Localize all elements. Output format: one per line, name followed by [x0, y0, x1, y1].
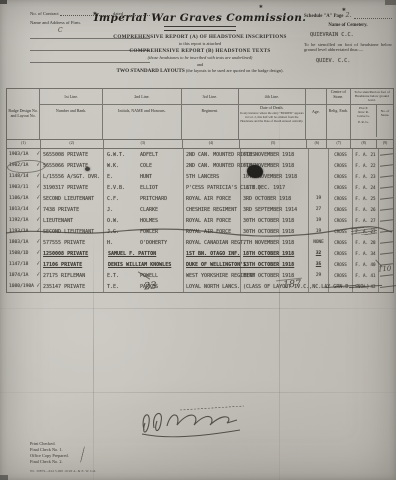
religious-emblem: CROSS: [329, 240, 352, 245]
stencil-top-label: To be stencilled on foot of Headstone be…: [351, 89, 393, 105]
grave-reference-cell: F. A. 25: [353, 193, 379, 204]
name-cell: G.W.T. ADFELT: [104, 149, 184, 160]
date-of-death: 3RD SEPTEMBER 1914: [243, 207, 297, 213]
grave-reference-cell: F. A. 34: [353, 248, 379, 259]
age-value: 19: [309, 218, 328, 223]
date-of-death: 6TH NOVEMBER 1918: [243, 152, 294, 158]
col-header-line2: 2nd Line. Initials, NAME and Honours.: [102, 89, 181, 139]
regiment-cell: WEST YORKSHIRE REGIMENT: [184, 270, 241, 281]
stone-pencil-mark: [380, 252, 393, 255]
grave-reference: F. A. 41: [353, 273, 378, 278]
initials: E.V.B.: [107, 185, 125, 191]
headstone-schedule-table: Badge Design No. and Layout No. 1st Line…: [6, 88, 394, 293]
date-of-death-cell: 3RD OCTOBER 1918: [241, 193, 309, 204]
corner-artifact: [0, 475, 8, 480]
age-cell: 35: [309, 259, 329, 270]
religious-emblem: CROSS: [329, 174, 352, 179]
number-rank-label: Number and Rank.: [40, 105, 102, 137]
report-a-line: COMPREHENSIVE REPORT (A) OF HEADSTONE IN…: [88, 34, 312, 40]
table-row: 1074/1A ✓ 27175 RIFLEMAN E.T. POWELL WES…: [7, 270, 393, 281]
initials: E.T.: [107, 273, 119, 279]
service-number-rank: 3190317 PRIVATE: [43, 185, 88, 191]
table-row: 1080/190A ✓ 235147 PRIVATE T.E. PARKES L…: [7, 281, 393, 292]
stone-pencil-mark: [380, 285, 396, 288]
badge-number: 1013/14: [9, 207, 28, 212]
date-of-death: 18TH DEC. 1917: [243, 185, 285, 191]
surname: DENIS WILLIAM KNOWLES: [108, 262, 171, 268]
stone-pencil-mark: [380, 197, 393, 200]
prg-label: P. R. G.: [352, 120, 375, 124]
initials: H.: [107, 240, 113, 246]
date-of-death-label: Date of Death. In any instance where the…: [239, 105, 305, 137]
column-number-strip: (1) (2) (3) (4) (5) (6) (7) (8) (9): [7, 140, 393, 149]
stone-pencil-mark: [380, 219, 393, 222]
corner-artifact: [385, 0, 396, 5]
number-rank-cell: 5655008 PRIVATE: [41, 149, 104, 160]
service-number-rank: 17106 PRIVATE: [43, 262, 82, 268]
stone-number-cell: [379, 204, 395, 215]
badge-number: 1902/1A: [9, 163, 28, 168]
age-cell: 27: [309, 204, 329, 215]
surname: SAMUEL F. PATTON: [108, 251, 156, 257]
emblem-cell: CROSS: [329, 171, 353, 182]
number-rank-cell: 27175 RIFLEMAN: [41, 270, 104, 281]
date-of-death-cell: 18TH DEC. 1917: [241, 182, 309, 193]
grave-reference: F. A. 22: [353, 163, 378, 168]
col-number: (8): [351, 140, 377, 148]
badge-cell: 1106/1A ✓: [7, 193, 41, 204]
age-cell: [309, 171, 329, 182]
surname: CLARKE: [140, 207, 158, 213]
cemetery-label: Name of Cemetery.: [304, 23, 392, 28]
age-cell: 32: [309, 248, 329, 259]
table-row: 1903/11 ✓ 3190317 PRIVATE E.V.B. ELLIOT …: [7, 182, 393, 193]
grave-reference-cell: F. A. 26: [353, 204, 379, 215]
age-label: Age.: [306, 105, 326, 137]
grave-reference: F. A. 21: [353, 152, 378, 157]
table-row: 1508/1D ✓ 1250008 PRIVATE SAMUEL F. PATT…: [7, 248, 393, 259]
col-number: (3): [104, 140, 184, 148]
emblem-cell: CROSS: [329, 248, 353, 259]
grave-reference: F. A. 42: [353, 284, 378, 289]
table-row: 1147/18 ✓ 17106 PRIVATE DENIS WILLIAM KN…: [7, 259, 393, 270]
col-header-line1: 1st Line. Number and Rank.: [40, 89, 102, 139]
regiment: ROYAL CANADIAN REGT.: [186, 240, 246, 246]
col-number: (1): [7, 140, 41, 148]
regiment: CHESHIRE REGIMENT: [186, 207, 237, 213]
scanned-form-page: ✱ ✱ ✱ No. of Contract dated Name and Add…: [0, 0, 396, 480]
emblem-cell: CROSS: [329, 182, 353, 193]
badge-cell: 1903/1A ✓: [7, 149, 41, 160]
service-number-rank: 5655008 PRIVATE: [43, 152, 88, 158]
regiment-cell: CHESHIRE REGIMENT: [184, 204, 241, 215]
age-blank-top: [306, 89, 326, 105]
date-of-death: 13TH OCTOBER 1918: [243, 262, 294, 268]
age-value: 19: [309, 196, 328, 201]
religious-emblem: CROSS: [329, 251, 352, 256]
regiment: 1ST BN. OTAGO INF.: [186, 251, 240, 257]
grave-reference-cell: F. A. 24: [353, 182, 379, 193]
badge-number: 1080/190A: [9, 284, 34, 289]
initials: J.: [107, 207, 113, 213]
grave-reference-cell: F. A. 23: [353, 171, 379, 182]
line1-label: 1st Line.: [40, 89, 102, 105]
badge-number: 1074/1A: [9, 273, 28, 278]
table-row: 1013/14 ✓ 7438 PRIVATE J. CLARKE CHESHIR…: [7, 204, 393, 215]
table-row: 1903/1A ✓ 5655008 PRIVATE G.W.T. ADFELT …: [7, 149, 393, 160]
number-rank-cell: L/15556 A/SGT. DVR.: [41, 171, 104, 182]
age-cell: [309, 149, 329, 160]
regiment: 5TH LANCERS: [186, 174, 219, 180]
registration-mark: ✱: [259, 4, 263, 10]
number-rank-cell: 5655066 PRIVATE: [41, 160, 104, 171]
surname: O'DOHERTY: [140, 240, 167, 246]
stone-number-cell: [379, 149, 395, 160]
stone-number-cell: [379, 248, 395, 259]
service-number-rank: 235147 PRIVATE: [43, 284, 85, 290]
date-of-death-cell: 3RD SEPTEMBER 1914: [241, 204, 309, 215]
number-rank-cell: 3190317 PRIVATE: [41, 182, 104, 193]
religious-emblem: CROSS: [329, 196, 352, 201]
pencil-number-23: 23: [144, 281, 157, 293]
stone-pencil-mark: [380, 175, 393, 178]
table-body: 1903/1A ✓ 5655008 PRIVATE G.W.T. ADFELT …: [7, 149, 393, 292]
layouts-bold: TWO STANDARD LAYOUTS: [116, 68, 184, 74]
service-number-rank: 27175 RIFLEMAN: [43, 273, 85, 279]
date-of-death: 7TH NOVEMBER 1918: [243, 240, 294, 246]
service-number-rank: 1250008 PRIVATE: [43, 251, 88, 257]
regiment-cell: 5TH LANCERS: [184, 171, 241, 182]
regiment-label: Regiment.: [182, 105, 238, 137]
name-cell: E.V.B. ELLIOT: [104, 182, 184, 193]
initials: C.F.: [107, 196, 119, 202]
stone-number-cell: [379, 171, 395, 182]
surname: ELLIOT: [140, 185, 158, 191]
date-of-death: 11TH OCTOBER 1918: [243, 273, 294, 279]
layouts-line: TWO STANDARD LAYOUTS (the layouts to be …: [88, 68, 312, 74]
age-value: 35: [309, 262, 328, 267]
attached-line: to this report is attached: [88, 41, 312, 46]
stone-pencil-mark: [380, 153, 393, 156]
badge-cell: 1080/190A ✓: [7, 281, 41, 292]
age-value: 29: [309, 273, 328, 278]
grave-reference: F. A. 26: [353, 207, 378, 212]
age-cell: [309, 160, 329, 171]
contract-no-label: No. of Contract: [30, 11, 59, 16]
grave-reference: F. A. 28: [353, 240, 378, 245]
regiment-cell: DUKE OF WELLINGTON'S: [184, 259, 241, 270]
date-of-death-cell: 18TH OCTOBER 1918: [241, 248, 309, 259]
religious-emblem: CROSS: [329, 163, 352, 168]
initials: G.W.T.: [107, 152, 125, 158]
table-row: 1902/1A ✓ 5655066 PRIVATE W.K. COLE 2ND …: [7, 160, 393, 171]
schedule-block: Schedule "A" Page 2. Name of Cemetery. Q…: [304, 11, 392, 64]
date-of-death-cell: 13TH OCTOBER 1918: [241, 259, 309, 270]
name-cell: SAMUEL F. PATTON: [104, 248, 184, 259]
surname: PRITCHARD: [140, 196, 167, 202]
age-value: NONE: [309, 240, 328, 245]
name-cell: DENIS WILLIAM KNOWLES: [104, 259, 184, 270]
name-cell: W.K. COLE: [104, 160, 184, 171]
religious-emblem: CROSS: [329, 207, 352, 212]
title-double-rule: [164, 26, 236, 31]
grave-reference: F. A. 25: [353, 196, 378, 201]
age-value: 27: [309, 207, 328, 212]
surname: COLE: [140, 163, 152, 169]
emblem-cell: CROSS: [329, 149, 353, 160]
badge-cell: 1074/1A ✓: [7, 270, 41, 281]
emblem-cell: CROSS: [329, 193, 353, 204]
badge-number: 1508/1D: [9, 251, 28, 256]
emblem-cell: CROSS: [329, 204, 353, 215]
regiment-cell: P'CESS PATRICIA'S C.L.I.): [184, 182, 241, 193]
date-label-text: Date of Death.: [260, 105, 283, 110]
regiment-cell: LOYAL NORTH LANCS.: [184, 281, 241, 292]
table-header: Badge Design No. and Layout No. 1st Line…: [7, 89, 393, 140]
stone-pencil-mark: [380, 241, 393, 244]
number-rank-cell: 235147 PRIVATE: [41, 281, 104, 292]
fold-crease: [0, 392, 396, 393]
stone-pencil-mark: [380, 164, 393, 167]
emblem-cell: CROSS: [329, 270, 353, 281]
regiment-cell: 1ST BN. OTAGO INF.: [184, 248, 241, 259]
report-b-line: COMPREHENSIVE REPORT (B) HEADSTONE TEXTS: [88, 48, 312, 54]
pencil-tick: [80, 446, 85, 463]
religious-emblem: CROSS: [329, 262, 352, 267]
line4-label: 4th Line.: [239, 89, 305, 105]
initials-name-label: Initials, NAME and Honours.: [103, 105, 181, 137]
date-of-death: 18TH OCTOBER 1918: [243, 251, 294, 257]
date-of-death-cell: 6TH NOVEMBER 1918: [241, 149, 309, 160]
col-number: (4): [183, 140, 240, 148]
table-row: 1106/1A ✓ SECOND LIEUTENANT C.F. PRITCHA…: [7, 193, 393, 204]
col-header-badge-label: Badge Design No. and Layout No.: [8, 109, 38, 119]
pencil-wavy-line: [0, 224, 396, 240]
badge-cell: 1508/1D ✓: [7, 248, 41, 259]
fold-crease: [0, 308, 396, 309]
emblem-cell: CROSS: [329, 160, 353, 171]
stone-pencil-mark: [380, 274, 393, 277]
service-number-rank: 5655066 PRIVATE: [43, 163, 88, 169]
col-header-age: Age.: [305, 89, 326, 139]
name-cell: J. CLARKE: [104, 204, 184, 215]
and-word: and: [88, 62, 312, 67]
commission-title: Imperial War Graves Commission.: [88, 12, 312, 24]
printers-imprint: Wt. 30879—624 5,000 10/20 A. & E. W. Ltd…: [30, 469, 96, 473]
badge-cell: 1013/14 ✓: [7, 204, 41, 215]
col-number: (9): [377, 140, 393, 148]
stencil-abbrev: QUIEV. C.C.: [316, 58, 392, 64]
grave-reference: F. A. 34: [353, 251, 378, 256]
regiment: LOYAL NORTH LANCS.: [186, 284, 240, 290]
stone-number-cell: [379, 160, 395, 171]
emblem-cell: CROSS: [329, 259, 353, 270]
initials: E.: [107, 174, 113, 180]
badge-cell: 1147/18 ✓: [7, 259, 41, 270]
relig-emb-label: Relig. Emb.: [327, 105, 350, 137]
grave-reference-cell: F. A. 41: [353, 270, 379, 281]
badge-number: 1903/11: [9, 185, 28, 190]
regiment-cell: ROYAL AIR FORCE: [184, 193, 241, 204]
stone-number-cell: [379, 281, 395, 292]
badge-cell: 1903/11 ✓: [7, 182, 41, 193]
age-cell: 19: [309, 193, 329, 204]
service-number-rank: LIEUTENANT: [43, 218, 73, 224]
badge-number: 1147/18: [9, 262, 28, 267]
schedule-blank: [354, 14, 392, 19]
plot-row-grave-label: Plot P. Row R. Grave G. P. R. G.: [351, 105, 377, 137]
regiment: ROYAL AIR FORCE: [186, 196, 231, 202]
col-header-emblem: Centre of Stone. Relig. Emb.: [326, 89, 350, 139]
regiment-cell: 2ND CAN. MOUNTED RIFLES: [184, 160, 241, 171]
name-cell: C.F. PRITCHARD: [104, 193, 184, 204]
date-of-death: 30TH OCTOBER 1918: [243, 218, 294, 224]
stone-pencil-mark: [380, 186, 393, 189]
corner-artifact: [0, 0, 7, 4]
age-cell: 29: [309, 270, 329, 281]
badge-cell: 1902/1A ✓: [7, 160, 41, 171]
regiment: DUKE OF WELLINGTON'S: [186, 262, 246, 268]
centre-of-stone-label: Centre of Stone.: [327, 89, 350, 105]
col-header-badge: Badge Design No. and Layout No.: [7, 89, 40, 139]
service-number-rank: L/15556 A/SGT. DVR.: [43, 174, 100, 180]
number-rank-cell: 1250008 PRIVATE: [41, 248, 104, 259]
service-number-rank: 7438 PRIVATE: [43, 207, 79, 213]
date-note: In any instance where the entry "BURIED"…: [240, 112, 304, 124]
initials: W.K.: [107, 163, 119, 169]
form-title-block: Imperial War Graves Commission. COMPREHE…: [88, 12, 312, 74]
table-row: 1148/14 ✓ L/15556 A/SGT. DVR. E. HUNT 5T…: [7, 171, 393, 182]
date-of-death: 3RD OCTOBER 1918: [243, 196, 291, 202]
initials: T.E.: [107, 284, 119, 290]
stencil-note: To be stencilled on foot of headstone be…: [304, 42, 392, 54]
grave-label: Grave G.: [352, 114, 375, 118]
religious-emblem: CROSS: [329, 218, 352, 223]
pencil-scribble-signature: [136, 400, 251, 442]
col-header-line3: 3rd Line. Regiment.: [181, 89, 238, 139]
schedule-page-number: 2.: [345, 11, 351, 19]
line2-label: 2nd Line.: [103, 89, 181, 105]
underline-note: (those headstones to be inscribed with t…: [88, 55, 312, 60]
surname: ADFELT: [140, 152, 158, 158]
badge-number: 1803/1A: [9, 240, 28, 245]
regiment: ROYAL AIR FORCE: [186, 218, 231, 224]
regiment-cell: 2ND CAN. MOUNTED RIFLES: [184, 149, 241, 160]
layouts-rest: (the layouts to be used are quoted on th…: [186, 68, 284, 73]
badge-number: 1106/1A: [9, 196, 28, 201]
service-number-rank: 577555 PRIVATE: [43, 240, 85, 246]
badge-number: 1903/1A: [9, 152, 28, 157]
badge-cell: 1148/14 ✓: [7, 171, 41, 182]
surname: HOLMES: [140, 218, 158, 224]
religious-emblem: CROSS: [329, 273, 352, 278]
age-cell: [309, 182, 329, 193]
religious-emblem: CROSS: [329, 185, 352, 190]
name-cell: E. HUNT: [104, 171, 184, 182]
grave-reference-cell: F. A. 22: [353, 160, 379, 171]
no-of-stone-label: No. of Stone.: [377, 105, 393, 137]
cemetery-name: QUIEVRAIN C.C.: [310, 32, 392, 38]
col-number: (6): [307, 140, 327, 148]
badge-number: 1192/1A: [9, 218, 28, 223]
footer-checklist: Print Checked. Final Check No. 1. Office…: [30, 441, 69, 465]
grave-reference: F. A. 23: [353, 174, 378, 179]
badge-number: 1148/14: [9, 174, 28, 179]
col-number: (5): [240, 140, 308, 148]
col-header-stencil: To be stencilled on foot of Headstone be…: [350, 89, 393, 139]
grave-reference-cell: F. A. 21: [353, 149, 379, 160]
surname: HUNT: [140, 174, 152, 180]
footer-line: Final Check No. 2.: [30, 459, 69, 465]
line3-label: 3rd Line.: [182, 89, 238, 105]
col-header-line4: 4th Line. Date of Death. In any instance…: [238, 89, 305, 139]
ink-blot: [85, 167, 90, 171]
schedule-label: Schedule "A" Page: [304, 14, 343, 19]
col-number: (7): [327, 140, 351, 148]
grave-reference: F. A. 24: [353, 185, 378, 190]
age-value: 32: [309, 251, 328, 256]
col-number: (2): [41, 140, 104, 148]
stone-number-cell: [379, 193, 395, 204]
initials: O.W.: [107, 218, 119, 224]
number-rank-cell: SECOND LIEUTENANT: [41, 193, 104, 204]
grave-reference: F. A. 27: [353, 218, 378, 223]
stone-pencil-mark: [380, 208, 393, 211]
grave-reference: F. A. 40: [353, 262, 378, 267]
religious-emblem: CROSS: [329, 152, 352, 157]
number-rank-cell: 17106 PRIVATE: [41, 259, 104, 270]
number-rank-cell: 7438 PRIVATE: [41, 204, 104, 215]
service-number-rank: SECOND LIEUTENANT: [43, 196, 94, 202]
stone-number-cell: [379, 182, 395, 193]
grave-reference-cell: F. A. 42: [353, 281, 379, 292]
